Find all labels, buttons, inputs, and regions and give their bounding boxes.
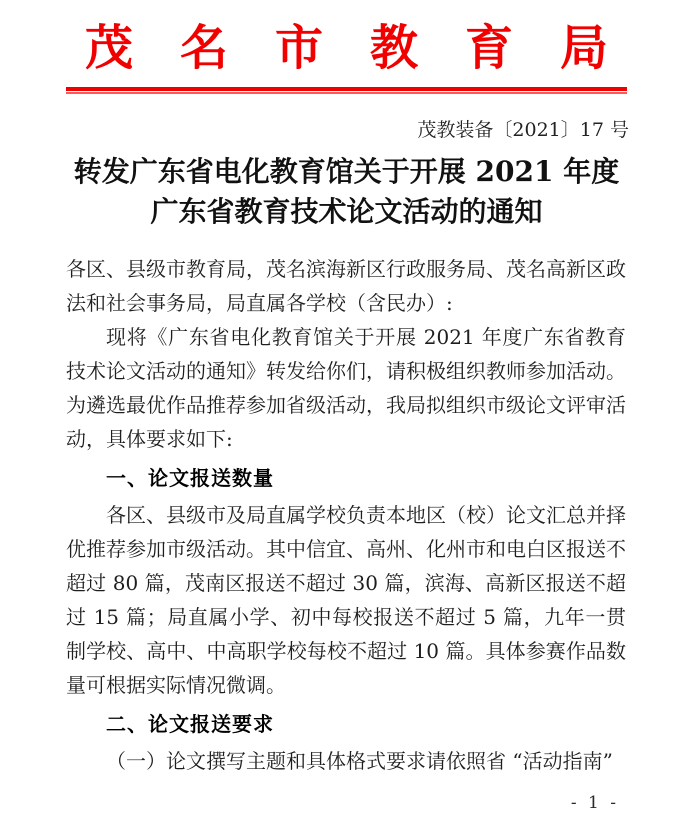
section-heading-requirements: 二、论文报送要求 <box>66 707 626 741</box>
page-number: - 1 - <box>571 793 619 813</box>
section-heading-quota: 一、论文报送数量 <box>66 461 626 495</box>
document-title-line-2: 广东省教育技术论文活动的通知 <box>0 192 693 232</box>
paragraph-recipients: 各区、县级市教育局，茂名滨海新区行政服务局、茂名高新区政法和社会事务局，局直属各… <box>66 252 626 320</box>
document-body: 各区、县级市教育局，茂名滨海新区行政服务局、茂名高新区政法和社会事务局，局直属各… <box>66 252 626 778</box>
paragraph-intro: 现将《广东省电化教育馆关于开展 2021 年度广东省教育技术论文活动的通知》转发… <box>66 320 626 456</box>
letterhead: 茂名市教育局 <box>0 22 693 75</box>
document-page: 茂名市教育局 茂教装备〔2021〕17 号 转发广东省电化教育馆关于开展 202… <box>0 0 693 827</box>
document-title: 转发广东省电化教育馆关于开展 2021 年度 广东省教育技术论文活动的通知 <box>0 152 693 232</box>
letterhead-divider <box>66 87 627 94</box>
document-title-line-1: 转发广东省电化教育馆关于开展 2021 年度 <box>0 152 693 192</box>
agency-letterhead: 茂名市教育局 <box>85 20 655 76</box>
document-number: 茂教装备〔2021〕17 号 <box>64 118 629 142</box>
paragraph-format-requirement: （一）论文撰写主题和具体格式要求请依照省 “活动指南” <box>66 744 626 778</box>
paragraph-quota-detail: 各区、县级市及局直属学校负责本地区（校）论文汇总并择优推荐参加市级活动。其中信宜… <box>66 498 626 702</box>
